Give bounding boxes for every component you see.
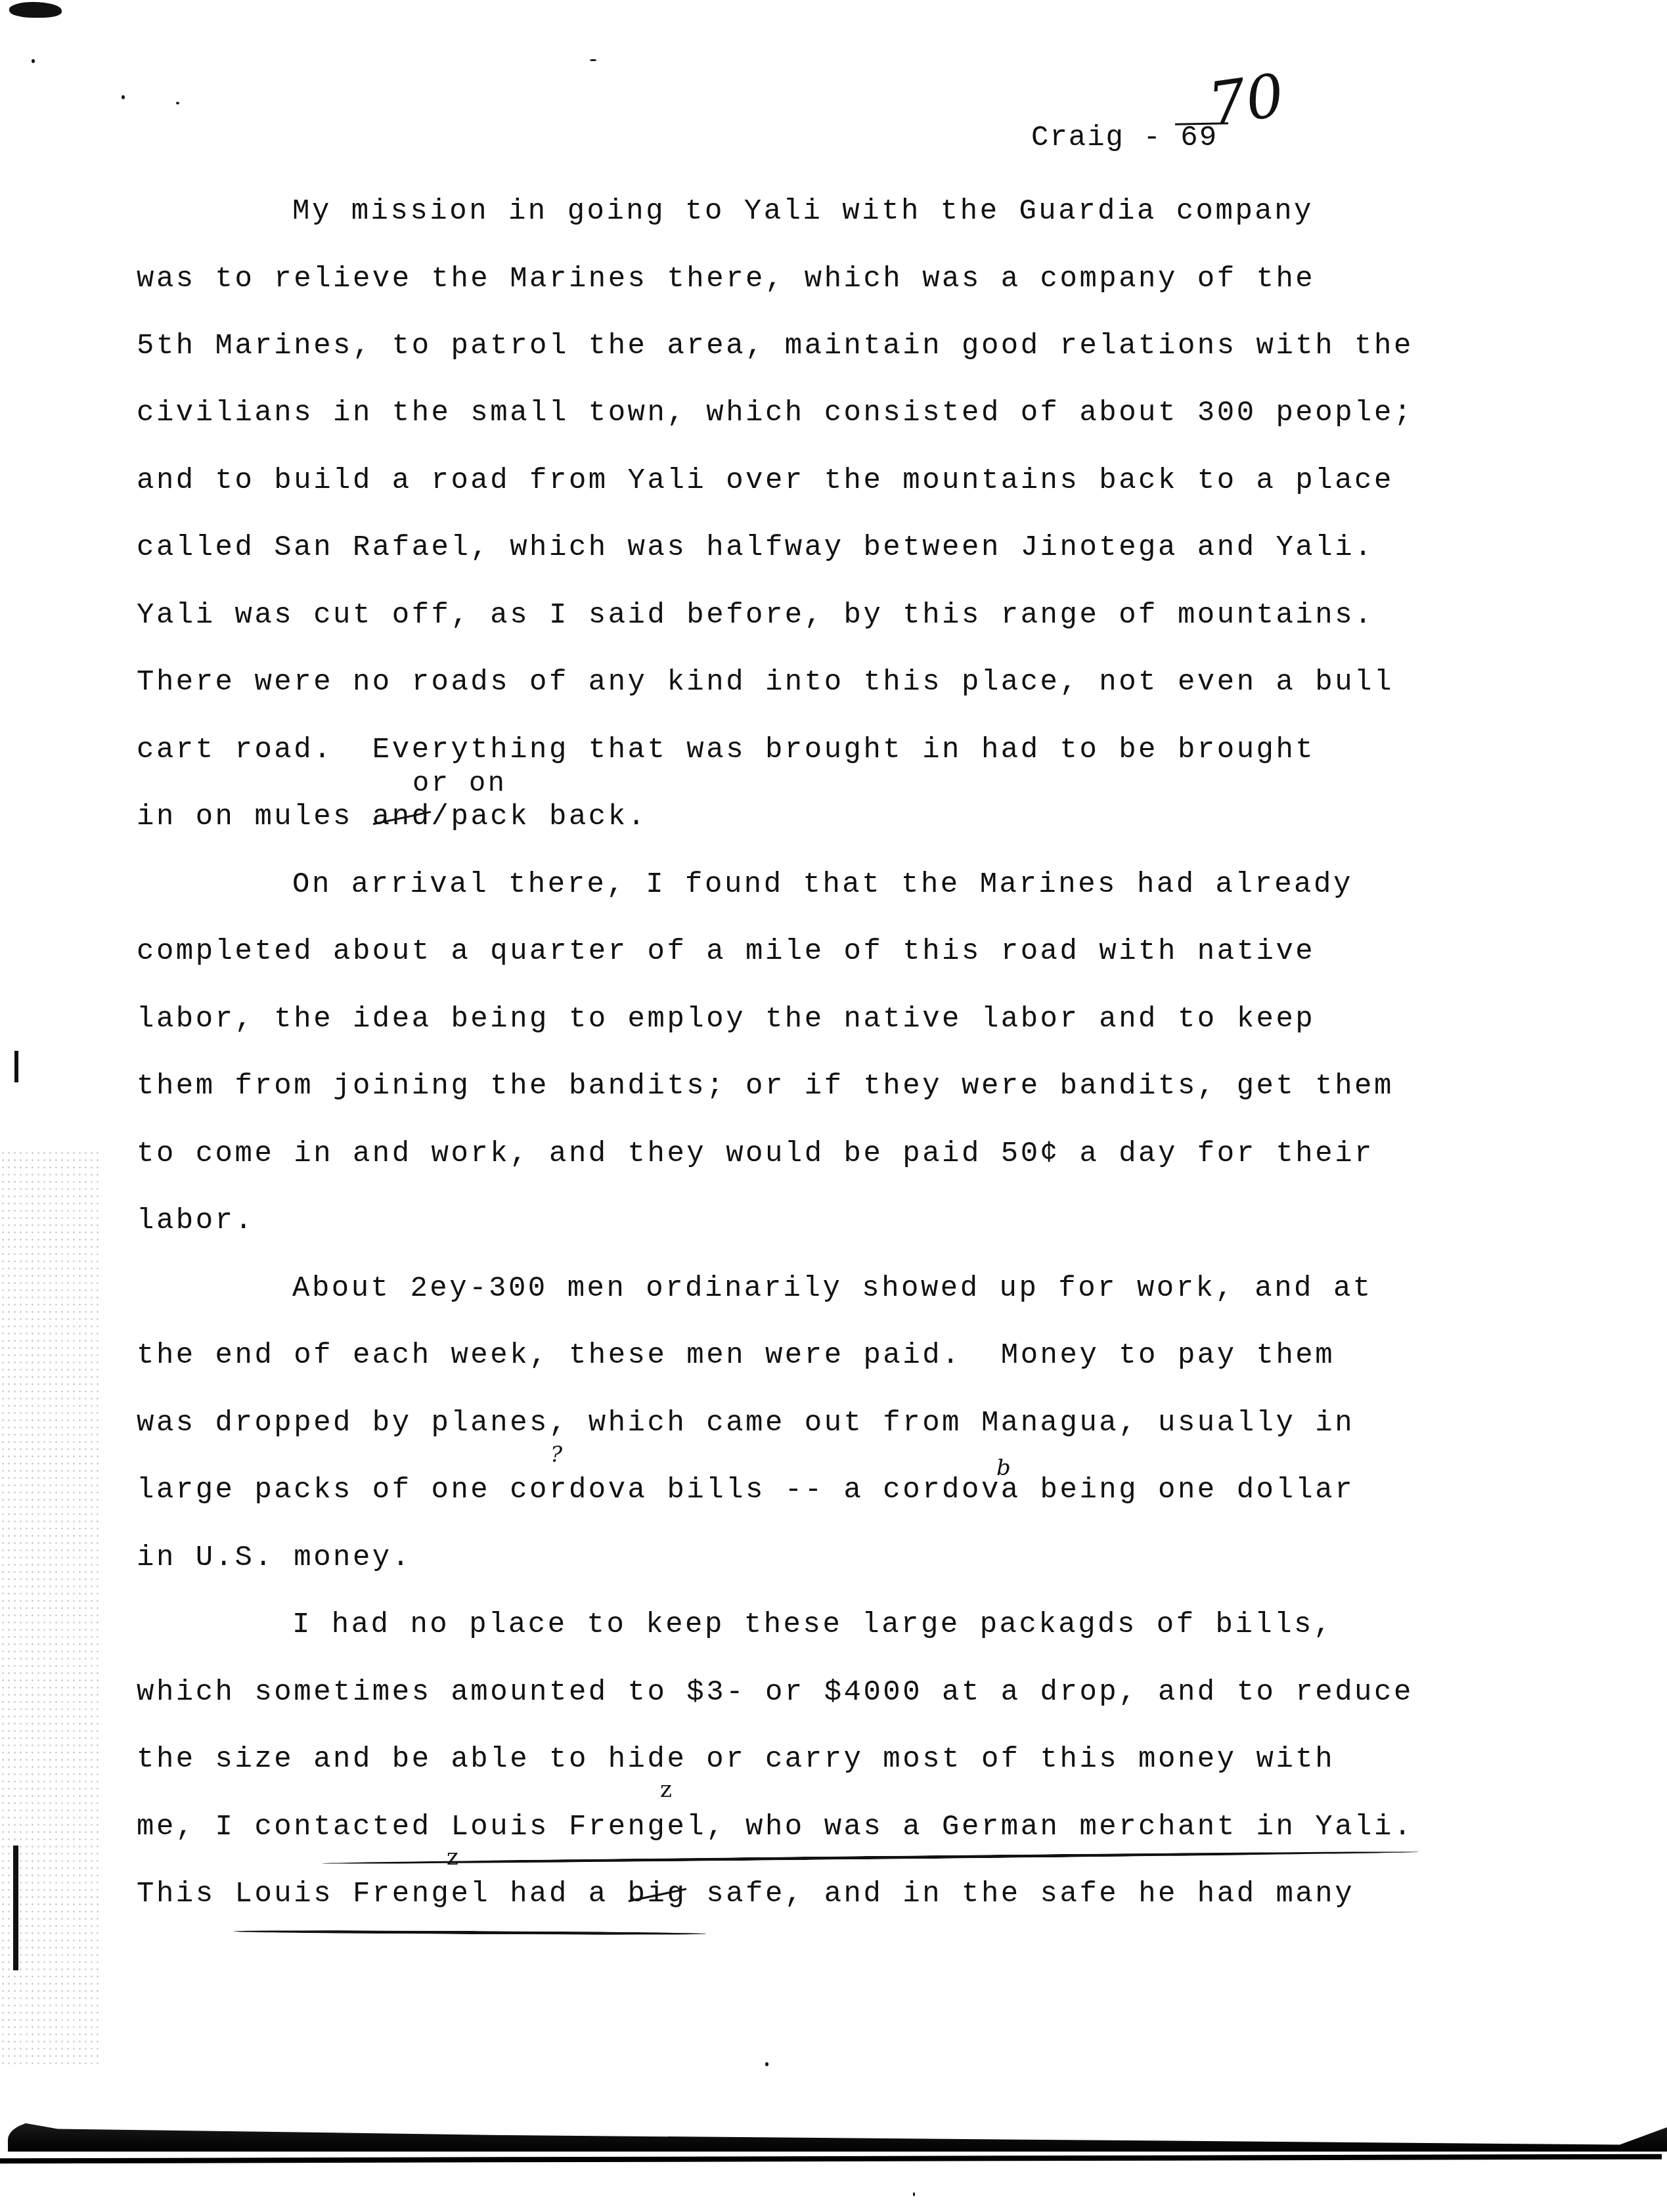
header-author: Craig <box>1031 122 1124 154</box>
text-line: called San Rafael, which was halfway bet… <box>137 533 1374 562</box>
ink-speck <box>176 102 179 104</box>
handwritten-correction: ? <box>550 1442 562 1468</box>
text-line: cart road. Everything that was brought i… <box>137 736 1315 764</box>
text-line: which sometimes amounted to $3- or $4000… <box>137 1678 1413 1707</box>
text-line: to come in and work, and they would be p… <box>137 1139 1374 1168</box>
text-segment: /pack back. <box>432 801 648 833</box>
scan-edge-mark <box>14 1051 18 1082</box>
text-line: labor, the idea being to employ the nati… <box>137 1005 1315 1034</box>
text-line: them from joining the bandits; or if the… <box>137 1072 1394 1101</box>
text-line: the size and be able to hide or carry mo… <box>137 1745 1335 1774</box>
text-segment: in on mules <box>137 801 372 833</box>
handwritten-correction: z <box>447 1844 458 1870</box>
text-line: and to build a road from Yali over the m… <box>137 466 1394 495</box>
text-line: This Louis Frengel had a big safe, and i… <box>137 1880 1354 1909</box>
ink-speck <box>765 2062 768 2066</box>
ink-speck <box>122 95 125 99</box>
text-line: me, I contacted Louis Frengel, who was a… <box>137 1813 1413 1842</box>
typed-page-number: 69 <box>1180 122 1218 154</box>
scan-edge-mark <box>13 1846 18 1970</box>
scan-bottom-edge <box>0 2154 1662 2164</box>
struck-word: and <box>372 803 432 831</box>
header-separator: - <box>1143 122 1161 154</box>
text-line: On arrival there, I found that the Marin… <box>292 870 1353 899</box>
handwritten-underline <box>233 1930 706 1935</box>
scanned-document-page: 70 Craig - 69 My mission in going to Yal… <box>0 0 1667 2212</box>
ink-speck <box>32 59 35 63</box>
text-segment: This Louis Frengel had a <box>137 1878 628 1911</box>
text-line: completed about a quarter of a mile of t… <box>137 937 1315 966</box>
handwritten-correction: z <box>660 1777 672 1803</box>
text-line: Yali was cut off, as I said before, by t… <box>137 601 1374 630</box>
ink-speck <box>913 2192 915 2196</box>
text-line: the end of each week, these men were pai… <box>137 1341 1335 1370</box>
text-line: I had no place to keep these large packa… <box>292 1610 1333 1639</box>
text-line: civilians in the small town, which consi… <box>137 399 1413 428</box>
scan-bottom-shadow <box>8 2120 1667 2152</box>
text-line: labor. <box>137 1206 254 1235</box>
text-line: There were no roads of any kind into thi… <box>137 668 1394 697</box>
text-line: was to relieve the Marines there, which … <box>137 265 1315 294</box>
text-line: in U.S. money. <box>137 1543 412 1572</box>
ink-blot <box>9 2 62 18</box>
text-line: was dropped by planes, which came out fr… <box>137 1409 1354 1438</box>
struck-word: big <box>628 1880 687 1909</box>
text-line: My mission in going to Yali with the Gua… <box>292 197 1314 226</box>
interlinear-insertion: or on <box>412 770 507 797</box>
text-line: large packs of one cordova bills -- a co… <box>137 1476 1354 1505</box>
ink-speck <box>590 59 596 61</box>
typed-page-number-text: 69 <box>1180 122 1218 154</box>
page-header: Craig - 69 <box>1031 122 1218 154</box>
text-line: About 2ey-300 men ordinarily showed up f… <box>292 1274 1373 1303</box>
text-line: in on mules and/pack back. <box>137 803 648 831</box>
handwritten-underline <box>322 1850 1419 1865</box>
text-line: 5th Marines, to patrol the area, maintai… <box>137 332 1413 361</box>
text-segment: safe, and in the safe he had many <box>686 1878 1354 1911</box>
